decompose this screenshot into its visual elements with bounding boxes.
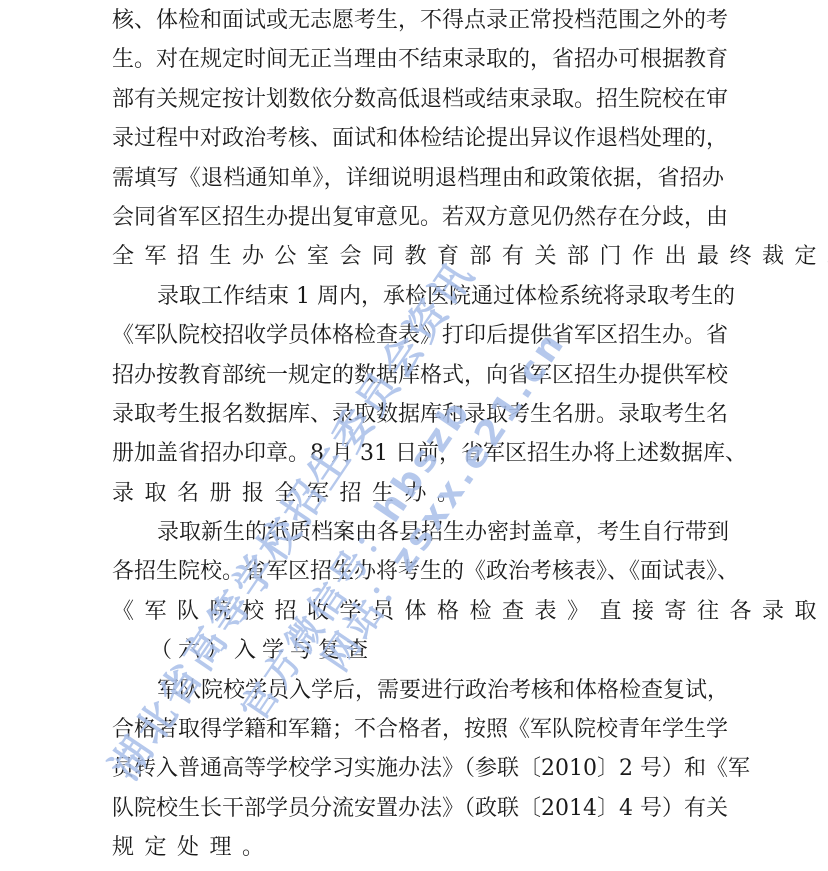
text-line: 录取名册报全军招生办。 [112, 474, 724, 513]
text-line: 生。对在规定时间无正当理由不结束录取的，省招办可根据教育 [112, 40, 724, 79]
text-line: 招办按教育部统一规定的数据库格式，向省军区招生办提供军校 [112, 356, 724, 395]
text-line: 《军队院校招收学员体格检查表》打印后提供省军区招生办。省 [112, 316, 724, 355]
section-heading: （六）入学与复查 [112, 631, 724, 670]
text-line: 规定处理。 [112, 828, 724, 867]
paragraph-start-line: 录取新生的纸质档案由各县招生办密封盖章，考生自行带到 [112, 513, 724, 552]
document-body: 核、体检和面试或无志愿考生，不得点录正常投档范围之外的考 生。对在规定时间无正当… [112, 1, 724, 868]
text-line: 册加盖省招办印章。8 月 31 日前，省军区招生办将上述数据库、 [112, 434, 724, 473]
document-page: 核、体检和面试或无志愿考生，不得点录正常投档范围之外的考 生。对在规定时间无正当… [0, 0, 828, 871]
text-line: 《军队院校招收学员体格检查表》直接寄往各录取院校。 [112, 592, 724, 631]
text-line: 各招生院校。省军区招生办将考生的《政治考核表》、《面试表》、 [112, 552, 724, 591]
paragraph-start-line: 录取工作结束 1 周内，承检医院通过体检系统将录取考生的 [112, 277, 724, 316]
text-line: 员转入普通高等学校学习实施办法》（参联〔2010〕2 号）和《军 [112, 749, 724, 788]
text-line: 录取考生报名数据库、录取数据库和录取考生名册。录取考生名 [112, 395, 724, 434]
text-line: 部有关规定按计划数依分数高低退档或结束录取。招生院校在审 [112, 80, 724, 119]
text-line: 需填写《退档通知单》，详细说明退档理由和政策依据，省招办 [112, 159, 724, 198]
text-line: 核、体检和面试或无志愿考生，不得点录正常投档范围之外的考 [112, 1, 724, 40]
text-line: 全军招生办公室会同教育部有关部门作出最终裁定。 [112, 237, 724, 276]
paragraph-start-line: 军队院校学员入学后，需要进行政治考核和体格检查复试， [112, 671, 724, 710]
text-line: 会同省军区招生办提出复审意见。若双方意见仍然存在分歧，由 [112, 198, 724, 237]
text-line: 合格者取得学籍和军籍；不合格者，按照《军队院校青年学生学 [112, 710, 724, 749]
text-line: 录过程中对政治考核、面试和体检结论提出异议作退档处理的， [112, 119, 724, 158]
text-line: 队院校生长干部学员分流安置办法》（政联〔2014〕4 号）有关 [112, 789, 724, 828]
